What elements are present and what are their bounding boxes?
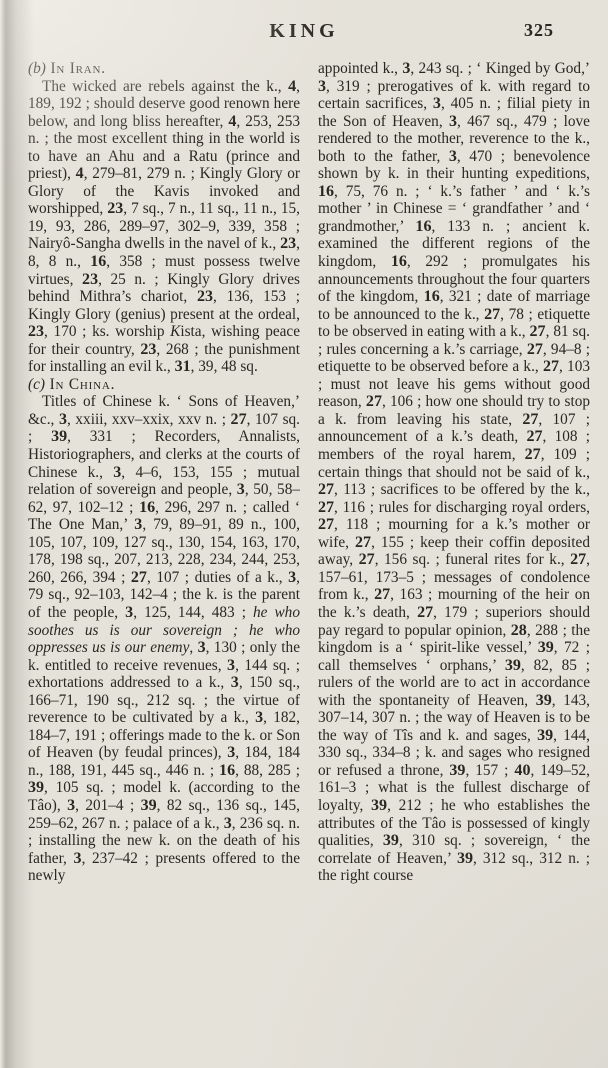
volume-number: 39 <box>28 779 44 796</box>
volume-number: 16 <box>318 183 334 200</box>
volume-number: 27 <box>526 428 542 445</box>
volume-number: 16 <box>90 253 106 270</box>
heading-marker: (b) <box>28 60 46 77</box>
volume-number: 3 <box>224 815 232 832</box>
volume-number: 27 <box>374 586 390 603</box>
volume-number: 4 <box>76 165 84 182</box>
page-header: KING 325 <box>0 0 608 60</box>
volume-number: 39 <box>538 639 554 656</box>
volume-number: 16 <box>391 253 407 270</box>
book-page: KING 325 (b) In Iran.The wicked are rebe… <box>0 0 608 1068</box>
volume-number: 3 <box>231 674 239 691</box>
volume-number: 3 <box>227 657 235 674</box>
volume-number: 27 <box>318 516 334 533</box>
volume-number: 39 <box>383 832 399 849</box>
volume-number: 39 <box>457 850 473 867</box>
volume-number: 27 <box>355 534 371 551</box>
volume-number: 27 <box>527 341 543 358</box>
text-columns: (b) In Iran.The wicked are rebels agains… <box>0 60 608 1062</box>
volume-number: 23 <box>107 200 123 217</box>
volume-number: 4 <box>228 113 236 130</box>
italic-text: K <box>170 323 180 340</box>
volume-number: 39 <box>141 797 157 814</box>
volume-number: 3 <box>134 516 142 533</box>
volume-number: 3 <box>255 709 263 726</box>
italic-text: he who soothes us is our sovereign ; he … <box>28 604 300 656</box>
volume-number: 3 <box>288 569 296 586</box>
volume-number: 3 <box>125 604 133 621</box>
volume-number: 39 <box>537 727 553 744</box>
volume-number: 4 <box>288 78 296 95</box>
volume-number: 3 <box>198 639 206 656</box>
volume-number: 3 <box>67 797 75 814</box>
volume-number: 39 <box>449 762 465 779</box>
volume-number: 39 <box>51 428 67 445</box>
volume-number: 16 <box>139 499 155 516</box>
heading-title: In China. <box>45 376 115 393</box>
volume-number: 27 <box>318 499 334 516</box>
running-head: KING <box>0 20 608 43</box>
volume-number: 16 <box>424 288 440 305</box>
volume-number: 3 <box>433 95 441 112</box>
volume-number: 27 <box>525 446 541 463</box>
volume-number: 23 <box>82 271 98 288</box>
volume-number: 3 <box>237 481 245 498</box>
volume-number: 3 <box>449 113 457 130</box>
volume-number: 23 <box>280 235 296 252</box>
volume-number: 31 <box>175 358 191 375</box>
volume-number: 27 <box>522 411 538 428</box>
volume-number: 3 <box>402 60 410 77</box>
volume-number: 3 <box>74 850 82 867</box>
volume-number: 23 <box>28 323 44 340</box>
volume-number: 16 <box>219 762 235 779</box>
index-paragraph: appointed k., 3, 243 sq. ; ‘ Kinged by G… <box>318 60 590 885</box>
left-column: (b) In Iran.The wicked are rebels agains… <box>28 60 300 1062</box>
volume-number: 39 <box>536 692 552 709</box>
volume-number: 23 <box>140 341 156 358</box>
volume-number: 27 <box>366 393 382 410</box>
volume-number: 39 <box>371 797 387 814</box>
volume-number: 3 <box>59 411 67 428</box>
volume-number: 27 <box>318 481 334 498</box>
heading-marker: (c) <box>28 376 45 393</box>
volume-number: 27 <box>543 358 559 375</box>
volume-number: 28 <box>511 622 527 639</box>
index-paragraph: The wicked are rebels against the k., 4,… <box>28 78 300 376</box>
volume-number: 27 <box>131 569 147 586</box>
volume-number: 16 <box>415 218 431 235</box>
right-column: appointed k., 3, 243 sq. ; ‘ Kinged by G… <box>318 60 590 1062</box>
volume-number: 39 <box>505 657 521 674</box>
volume-number: 40 <box>514 762 530 779</box>
volume-number: 27 <box>231 411 247 428</box>
volume-number: 3 <box>113 464 121 481</box>
heading-title: In Iran. <box>46 60 106 77</box>
volume-number: 3 <box>449 148 457 165</box>
volume-number: 27 <box>417 604 433 621</box>
volume-number: 27 <box>484 306 500 323</box>
index-paragraph: Titles of Chinese k. ‘ Sons of Heaven,’ … <box>28 393 300 884</box>
volume-number: 23 <box>197 288 213 305</box>
volume-number: 3 <box>318 78 326 95</box>
volume-number: 3 <box>227 744 235 761</box>
volume-number: 27 <box>530 323 546 340</box>
volume-number: 27 <box>570 551 586 568</box>
entry-heading: (b) In Iran. <box>28 60 300 78</box>
page-number: 325 <box>524 20 554 41</box>
volume-number: 27 <box>359 551 375 568</box>
entry-heading: (c) In China. <box>28 376 300 394</box>
